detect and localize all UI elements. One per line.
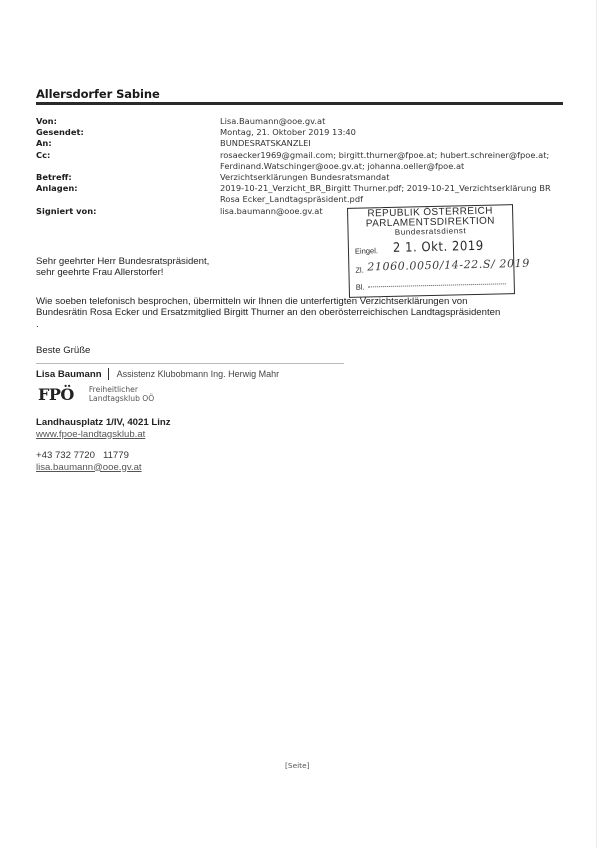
header-row-subject: Betreff: Verzichtserklärungen Bundesrats… (36, 172, 576, 183)
stamp-title: REPUBLIK ÖSTERREICH PARLAMENTSDIREKTION (348, 206, 512, 229)
header-label: An: (36, 138, 220, 149)
from-address[interactable]: Lisa.Baumann@ooe.gv.at (220, 116, 560, 127)
email-header-fields: Von: Lisa.Baumann@ooe.gv.at Gesendet: Mo… (36, 116, 576, 217)
header-value: Montag, 21. Oktober 2019 13:40 (220, 127, 560, 138)
header-label: Betreff: (36, 172, 220, 183)
signature-name-line: Lisa Baumann Assistenz Klubobmann Ing. H… (36, 368, 279, 380)
header-value: rosaecker1969@gmail.com; birgitt.thurner… (220, 150, 560, 172)
page-edge (596, 0, 597, 848)
stamp-eingel-label: Eingel. (355, 246, 378, 256)
attachments-line-1[interactable]: 2019-10-21_Verzicht_BR_Birgitt Thurner.p… (220, 183, 560, 194)
cc-addresses-line-2[interactable]: Ferdinand.Watschinger@ooe.gv.at; johanna… (220, 161, 560, 172)
logo-text-line: Landtagsklub OÖ (89, 395, 154, 403)
header-value: 2019-10-21_Verzicht_BR_Birgitt Thurner.p… (220, 183, 560, 205)
header-row-from: Von: Lisa.Baumann@ooe.gv.at (36, 116, 576, 127)
greeting-line: sehr geehrte Frau Allerstorfer! (36, 267, 209, 278)
header-label: Gesendet: (36, 127, 220, 138)
received-stamp: REPUBLIK ÖSTERREICH PARLAMENTSDIREKTION … (347, 204, 515, 298)
to-address[interactable]: BUNDESRATSKANZLEI (220, 138, 560, 149)
signature-address: Landhausplatz 1/IV, 4021 Linz (36, 417, 171, 429)
stamp-zl-label: Zl. (355, 266, 364, 275)
signature-role: Assistenz Klubobmann Ing. Herwig Mahr (117, 369, 280, 379)
page-footer: [Seite] (285, 761, 310, 770)
header-row-cc: Cc: rosaecker1969@gmail.com; birgitt.thu… (36, 150, 576, 172)
signature-divider (36, 363, 344, 364)
body-line: Bundesrätin Rosa Ecker und Ersatzmitglie… (36, 307, 500, 318)
signature-email-link[interactable]: lisa.baumann@ooe.gv.at (36, 462, 142, 474)
signature-name: Lisa Baumann (36, 369, 102, 380)
subject: Verzichtserklärungen Bundesratsmandat (220, 172, 560, 183)
header-label: Signiert von: (36, 206, 220, 217)
header-label: Von: (36, 116, 220, 127)
sender-display-name: Allersdorfer Sabine (36, 87, 160, 101)
greeting: Sehr geehrter Herr Bundesratspräsident, … (36, 256, 209, 279)
body-line: Wie soeben telefonisch besprochen, überm… (36, 296, 500, 307)
header-value: Lisa.Baumann@ooe.gv.at (220, 116, 560, 127)
signature-address-block: Landhausplatz 1/IV, 4021 Linz www.fpoe-l… (36, 417, 171, 440)
closing: Beste Grüße (36, 345, 90, 356)
fpoe-logo: FPÖ Freiheitlicher Landtagsklub OÖ (38, 385, 154, 404)
header-label: Cc: (36, 150, 220, 172)
stamp-reference-number: 21060.0050/14-22.S/ 2019 (367, 257, 530, 274)
header-row-attachments: Anlagen: 2019-10-21_Verzicht_BR_Birgitt … (36, 183, 576, 205)
signature-phone: +43 732 7720 11779 (36, 450, 142, 462)
signature-website-link[interactable]: www.fpoe-landtagsklub.at (36, 429, 171, 441)
message-body: Wie soeben telefonisch besprochen, überm… (36, 296, 500, 319)
stamp-date: 2 1. Okt. 2019 (393, 239, 484, 256)
header-row-sent: Gesendet: Montag, 21. Oktober 2019 13:40 (36, 127, 576, 138)
greeting-line: Sehr geehrter Herr Bundesratspräsident, (36, 256, 209, 267)
header-value: Verzichtserklärungen Bundesratsmandat (220, 172, 560, 183)
logo-text: Freiheitlicher Landtagsklub OÖ (89, 386, 154, 403)
stamp-bl-dotted-line (368, 283, 506, 287)
stamp-bl-label: Bl. (356, 283, 365, 292)
header-divider (36, 102, 563, 105)
header-label: Anlagen: (36, 183, 220, 205)
cc-addresses-line-1[interactable]: rosaecker1969@gmail.com; birgitt.thurner… (220, 150, 560, 161)
signature-contact-block: +43 732 7720 11779 lisa.baumann@ooe.gv.a… (36, 450, 142, 473)
header-row-to: An: BUNDESRATSKANZLEI (36, 138, 576, 149)
sent-date: Montag, 21. Oktober 2019 13:40 (220, 127, 560, 138)
header-value: BUNDESRATSKANZLEI (220, 138, 560, 149)
signature-separator (108, 368, 109, 380)
body-trailing: . (36, 319, 39, 330)
logo-mark: FPÖ (38, 385, 74, 404)
